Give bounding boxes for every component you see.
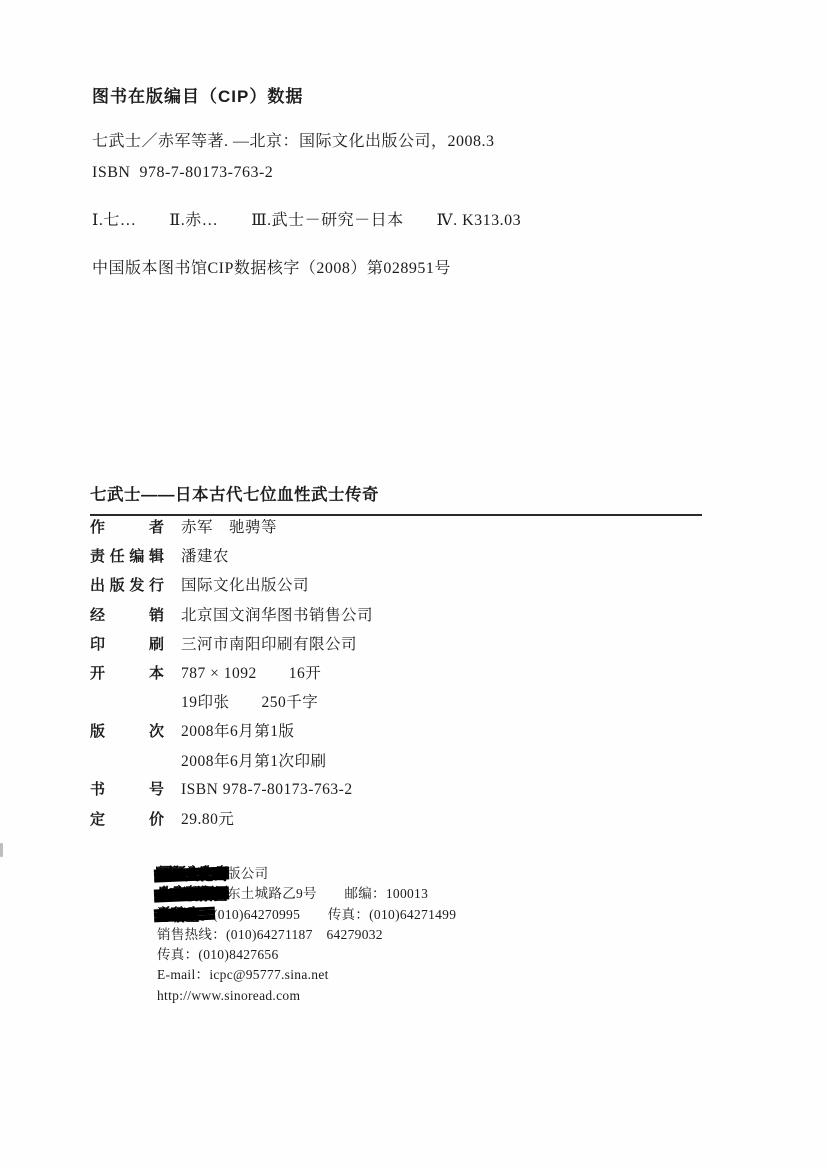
- row-value: 787 × 1092 16开: [181, 661, 321, 683]
- cip-catalog-line: 七武士／赤军等著. —北京：国际文化出版公司，2008.3: [92, 131, 712, 153]
- row-label: 版次: [90, 720, 164, 741]
- row-label: 责任编辑: [90, 545, 164, 566]
- row-format-cont: 19印张 250千字: [90, 690, 710, 719]
- cip-record-number-line: 中国版本图书馆CIP数据核字（2008）第028951号: [92, 258, 712, 280]
- editorial-office-phone: (010)64270995 传真：(010)64271499: [213, 907, 456, 922]
- ink-smudge: 总编室：: [157, 907, 213, 922]
- row-edition: 版次 2008年6月第1版: [90, 719, 710, 748]
- row-value: 潘建农: [181, 544, 229, 566]
- row-label: 定价: [90, 808, 164, 829]
- cip-heading: 图书在版编目（CIP）数据: [92, 82, 712, 107]
- publisher-name-line: 国际文化出版公司: [157, 864, 637, 884]
- email-line: E-mail：icpc@95777.sina.net: [157, 965, 637, 985]
- row-value: 赤军 驰骋等: [181, 515, 277, 537]
- cip-data-block: 图书在版编目（CIP）数据 七武士／赤军等著. —北京：国际文化出版公司，200…: [92, 82, 712, 280]
- ink-smudge: 北京朝阳区: [157, 886, 227, 901]
- row-value: 29.80元: [181, 807, 234, 829]
- row-label: 书号: [90, 778, 164, 799]
- cip-isbn-line: ISBN 978-7-80173-763-2: [92, 162, 712, 184]
- fax-number: 传真：(010)8427656: [157, 947, 279, 962]
- row-editor: 责任编辑 潘建农: [90, 544, 710, 573]
- row-value: 北京国文润华图书销售公司: [181, 603, 373, 625]
- website-line: http://www.sinoread.com: [157, 986, 637, 1006]
- sales-hotline: 销售热线：(010)64271187 64279032: [157, 927, 383, 942]
- row-value: 国际文化出版公司: [181, 573, 309, 595]
- ink-smudge: 国际文化出: [157, 866, 227, 881]
- email-address: E-mail：icpc@95777.sina.net: [157, 967, 329, 982]
- row-value: 三河市南阳印刷有限公司: [181, 632, 357, 654]
- sales-hotline-line: 销售热线：(010)64271187 64279032: [157, 925, 637, 945]
- colophon-table: 作者 赤军 驰骋等 责任编辑 潘建农 出版发行 国际文化出版公司 经销 北京国文…: [90, 515, 710, 836]
- row-label: 作者: [90, 516, 164, 537]
- scan-edge-artifact: [0, 843, 3, 857]
- row-distributor: 经销 北京国文润华图书销售公司: [90, 603, 710, 632]
- row-value: 2008年6月第1次印刷: [181, 749, 327, 771]
- publisher-address: 东土城路乙9号 邮编：100013: [227, 886, 428, 901]
- row-label: 印刷: [90, 633, 164, 654]
- row-isbn: 书号 ISBN 978-7-80173-763-2: [90, 778, 710, 807]
- cip-classification-line: Ⅰ.七… Ⅱ.赤… Ⅲ.武士－研究－日本 Ⅳ. K313.03: [92, 210, 712, 232]
- row-value: 2008年6月第1版: [181, 719, 295, 741]
- publisher-address-line: 北京朝阳区东土城路乙9号 邮编：100013: [157, 884, 637, 904]
- editorial-office-line: 总编室：(010)64270995 传真：(010)64271499: [157, 905, 637, 925]
- website-url: http://www.sinoread.com: [157, 988, 300, 1003]
- fax-line: 传真：(010)8427656: [157, 945, 637, 965]
- row-value: 19印张 250千字: [181, 690, 318, 712]
- row-price: 定价 29.80元: [90, 807, 710, 836]
- book-copyright-page: { "cip_block": { "heading": "图书在版编目（CIP）…: [0, 0, 827, 1170]
- publisher-contact-block: 国际文化出版公司 北京朝阳区东土城路乙9号 邮编：100013 总编室：(010…: [157, 864, 637, 1006]
- title-block: 七武士——日本古代七位血性武士传奇: [90, 481, 702, 516]
- row-format: 开本 787 × 1092 16开: [90, 661, 710, 690]
- publisher-name: 版公司: [227, 866, 268, 881]
- book-title: 七武士——日本古代七位血性武士传奇: [90, 481, 702, 505]
- row-label: 经销: [90, 604, 164, 625]
- row-author: 作者 赤军 驰骋等: [90, 515, 710, 544]
- row-publisher: 出版发行 国际文化出版公司: [90, 573, 710, 602]
- row-label: 开本: [90, 662, 164, 683]
- row-label: 出版发行: [90, 574, 164, 595]
- row-printer: 印刷 三河市南阳印刷有限公司: [90, 632, 710, 661]
- row-edition-cont: 2008年6月第1次印刷: [90, 749, 710, 778]
- row-value: ISBN 978-7-80173-763-2: [181, 781, 353, 799]
